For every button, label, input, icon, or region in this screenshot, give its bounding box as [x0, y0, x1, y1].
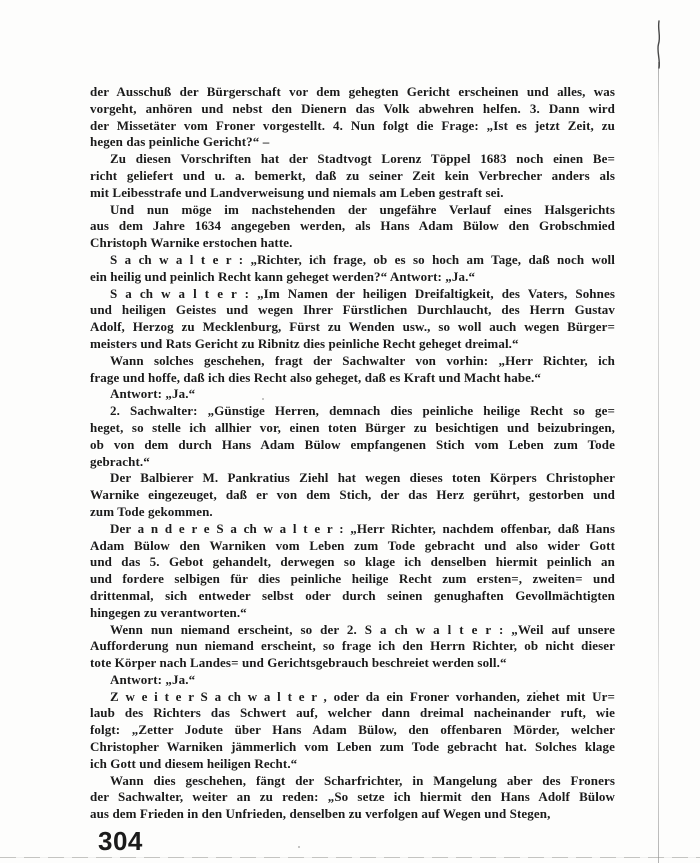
scan-speck — [536, 690, 538, 692]
paragraph: der Ausschuß der Bürgerschaft vor dem ge… — [90, 84, 615, 151]
text-line: heget, so stelle ich allhier vor, einen … — [90, 420, 615, 437]
text-line: der Ausschuß der Bürgerschaft vor dem ge… — [90, 84, 615, 101]
text-line: aus dem Jahre 1634 angegeben werden, als… — [90, 218, 615, 235]
text-line: vorgeht, anhören und nebst den Dienern d… — [90, 101, 615, 118]
text-line: der Missetäter vom Froner vorgestellt. 4… — [90, 118, 615, 135]
text-line: aus dem Frieden in den Unfrieden, densel… — [90, 806, 615, 823]
text-line: und heiligen Geistes und wegen Ihrer Für… — [90, 302, 615, 319]
text-line: Antwort: „Ja.“ — [90, 672, 615, 689]
text-line: laub des Richters das Schwert auf, welch… — [90, 705, 615, 722]
paragraph: S a ch w a l t e r : „Im Namen der heili… — [90, 286, 615, 353]
text-line: Wann solches geschehen, fragt der Sachwa… — [90, 353, 615, 370]
text-line: meisters und Rats Gericht zu Ribnitz die… — [90, 336, 615, 353]
text-line: und fordere selbigen für dies peinliche … — [90, 571, 615, 588]
text-line: S a ch w a l t e r : „Im Namen der heili… — [90, 286, 615, 303]
paragraph: Z w e i t e r S a ch w a l t e r , oder … — [90, 689, 615, 773]
text-line: tote Körper nach Landes= und Gerichtsgeb… — [90, 655, 615, 672]
text-line: Christopher Warniken jämmerlich vom Lebe… — [90, 739, 615, 756]
paragraph: Antwort: „Ja.“ — [90, 386, 615, 403]
paragraph: S a ch w a l t e r : „Richter, ich frage… — [90, 252, 615, 286]
text-line: und das 5. Gebot gehandelt, derwegen so … — [90, 554, 615, 571]
text-line: hingegen zu verantworten.“ — [90, 605, 615, 622]
text-block: der Ausschuß der Bürgerschaft vor dem ge… — [90, 84, 615, 823]
scan-fold-line-artifact — [658, 62, 659, 863]
paragraph: Wann solches geschehen, fragt der Sachwa… — [90, 353, 615, 387]
page-number: 304 — [98, 826, 143, 857]
text-line: mit Leibesstrafe und Landverweisung und … — [90, 185, 615, 202]
paragraph: Und nun möge im nachstehenden der ungefä… — [90, 202, 615, 252]
scan-squiggle-mark — [652, 20, 666, 70]
scan-bottom-edge-artifact — [0, 857, 700, 858]
text-line: Und nun möge im nachstehenden der ungefä… — [90, 202, 615, 219]
text-line: gebracht.“ — [90, 454, 615, 471]
text-line: hegen das peinliche Gericht?“ – — [90, 134, 615, 151]
text-line: Adam Bülow den Warniken vom Leben zum To… — [90, 538, 615, 555]
text-line: Warnike eingezeuget, daß er von dem Stic… — [90, 487, 615, 504]
text-line: Zu diesen Vorschriften hat der Stadtvogt… — [90, 151, 615, 168]
text-line: richt geliefert und u. a. bemerkt, daß z… — [90, 168, 615, 185]
text-line: folgt: „Zetter Jodute über Hans Adam Bül… — [90, 722, 615, 739]
scan-speck — [298, 846, 300, 848]
text-line: Der Balbierer M. Pankratius Ziehl hat we… — [90, 470, 615, 487]
paragraph: Zu diesen Vorschriften hat der Stadtvogt… — [90, 151, 615, 201]
text-line: Adolf, Herzog zu Mecklenburg, Fürst zu W… — [90, 319, 615, 336]
paragraph: Antwort: „Ja.“ — [90, 672, 615, 689]
text-line: Wenn nun niemand erscheint, so der 2. S … — [90, 622, 615, 639]
paragraph: 2. Sachwalter: „Günstige Herren, demnach… — [90, 403, 615, 470]
text-line: Wann dies geschehen, fängt der Scharfric… — [90, 773, 615, 790]
text-line: 2. Sachwalter: „Günstige Herren, demnach… — [90, 403, 615, 420]
scanned-book-page: der Ausschuß der Bürgerschaft vor dem ge… — [0, 0, 700, 863]
text-line: drittenmal, sich entweder selbst oder du… — [90, 588, 615, 605]
text-line: Christoph Warnike erstochen hatte. — [90, 235, 615, 252]
text-line: zum Tode gekommen. — [90, 504, 615, 521]
paragraph: Wenn nun niemand erscheint, so der 2. S … — [90, 622, 615, 672]
text-line: S a ch w a l t e r : „Richter, ich frage… — [90, 252, 615, 269]
text-line: ein heilig und peinlich Recht kann geheg… — [90, 269, 615, 286]
paragraph: Wann dies geschehen, fängt der Scharfric… — [90, 773, 615, 823]
text-line: der Sachwalter, weiter an zu reden: „So … — [90, 789, 615, 806]
text-line: ob von dem durch Hans Adam Bülow empfang… — [90, 437, 615, 454]
scan-speck — [316, 256, 318, 258]
text-line: Der a n d e r e S a ch w a l t e r : „He… — [90, 521, 615, 538]
scan-speck — [262, 398, 264, 400]
text-line: ich Gott und diesem heiligen Recht.“ — [90, 756, 615, 773]
paragraph: Der a n d e r e S a ch w a l t e r : „He… — [90, 521, 615, 622]
text-line: Antwort: „Ja.“ — [90, 386, 615, 403]
text-line: frage und hoffe, daß ich dies Recht also… — [90, 370, 615, 387]
text-line: Aufforderung nun niemand erscheint, so f… — [90, 638, 615, 655]
paragraph: Der Balbierer M. Pankratius Ziehl hat we… — [90, 470, 615, 520]
